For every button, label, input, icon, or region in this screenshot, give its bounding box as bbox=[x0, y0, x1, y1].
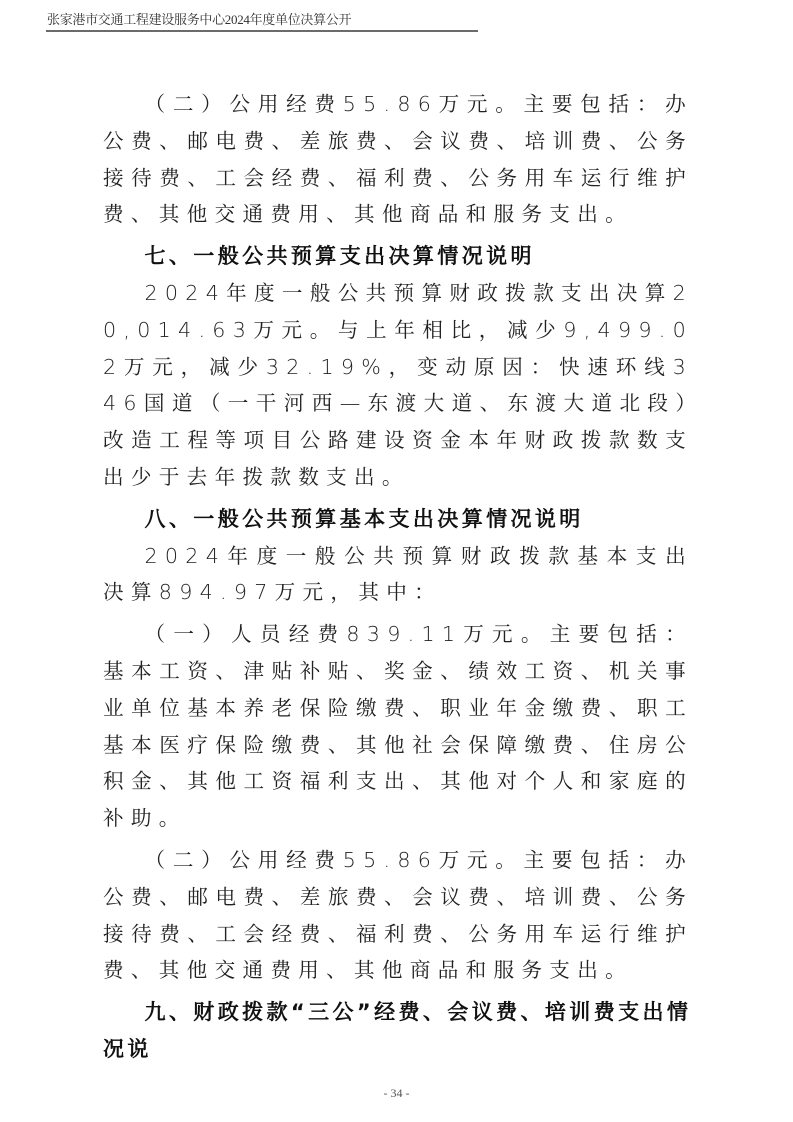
running-header: 张家港市交通工程建设服务中心2024年度单位决算公开 bbox=[46, 8, 478, 32]
paragraph-public-funds-continued: （二）公用经费55.86万元。主要包括：办公费、邮电费、差旅费、会议费、培训费、… bbox=[103, 86, 693, 233]
section-heading-8: 八、一般公共预算基本支出决算情况说明 bbox=[103, 501, 693, 538]
paragraph-basic-expenditure: 2024年度一般公共预算财政拨款基本支出决算894.97万元，其中： bbox=[103, 538, 693, 612]
paragraph-general-budget-expenditure: 2024年度一般公共预算财政拨款支出决算20,014.63万元。与上年相比，减少… bbox=[103, 275, 693, 496]
document-body: （二）公用经费55.86万元。主要包括：办公费、邮电费、差旅费、会议费、培训费、… bbox=[103, 86, 693, 1068]
section-heading-9: 九、财政拨款“三公”经费、会议费、培训费支出情况说 bbox=[103, 994, 693, 1068]
paragraph-personnel-funds: （一）人员经费839.11万元。主要包括：基本工资、津贴补贴、奖金、绩效工资、机… bbox=[103, 616, 693, 837]
paragraph-public-funds: （二）公用经费55.86万元。主要包括：办公费、邮电费、差旅费、会议费、培训费、… bbox=[103, 842, 693, 989]
header-title: 张家港市交通工程建设服务中心2024年度单位决算公开 bbox=[47, 12, 351, 28]
page-number: - 34 - bbox=[0, 1086, 793, 1101]
section-heading-7: 七、一般公共预算支出决算情况说明 bbox=[103, 238, 693, 275]
